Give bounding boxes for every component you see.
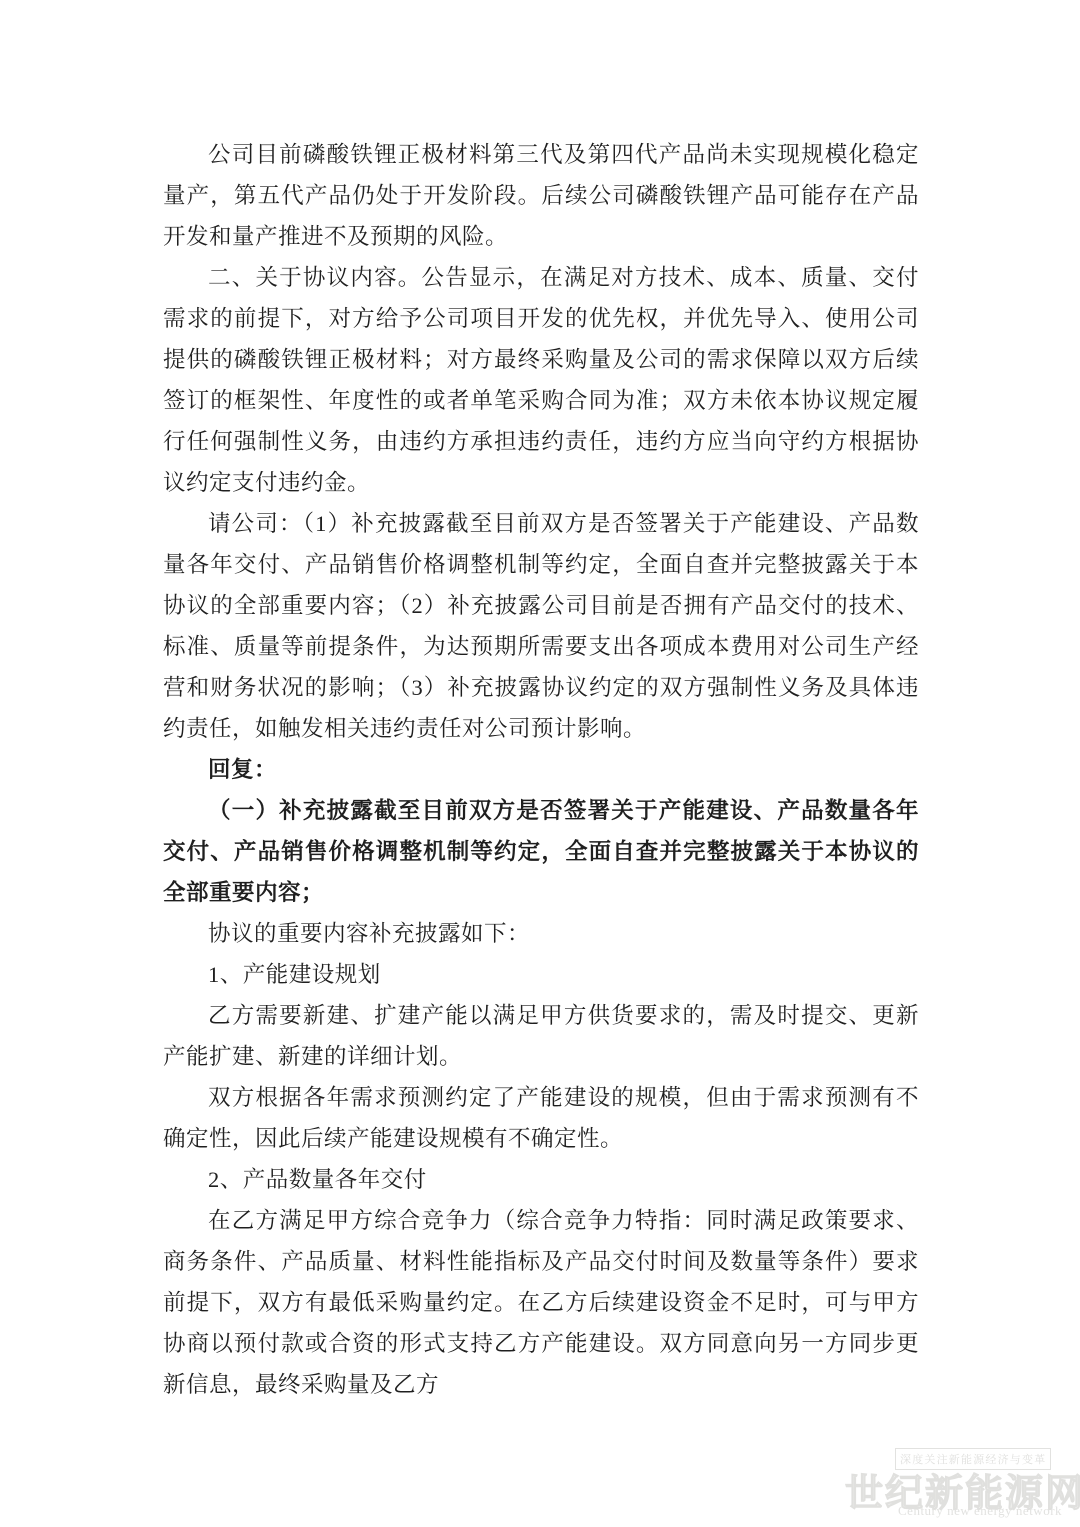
paragraph: 协议的重要内容补充披露如下： bbox=[163, 913, 919, 954]
paragraph: 请公司：（1）补充披露截至目前双方是否签署关于产能建设、产品数量各年交付、产品销… bbox=[163, 503, 919, 749]
paragraph: 双方根据各年需求预测约定了产能建设的规模，但由于需求预测有不确定性，因此后续产能… bbox=[163, 1077, 919, 1159]
watermark-slogan: 深度关注新能源经济与变革 bbox=[895, 1448, 1051, 1470]
reply-section-heading: （一）补充披露截至目前双方是否签署关于产能建设、产品数量各年交付、产品销售价格调… bbox=[163, 790, 919, 913]
paragraph: 在乙方满足甲方综合竞争力（综合竞争力特指：同时满足政策要求、商务条件、产品质量、… bbox=[163, 1200, 919, 1405]
paragraph: 乙方需要新建、扩建产能以满足甲方供货要求的，需及时提交、更新产能扩建、新建的详细… bbox=[163, 995, 919, 1077]
watermark-english-subtitle: Century new energy network bbox=[898, 1503, 1062, 1519]
document-body: 公司目前磷酸铁锂正极材料第三代及第四代产品尚未实现规模化稳定量产，第五代产品仍处… bbox=[163, 134, 919, 1405]
list-item-heading: 2、产品数量各年交付 bbox=[163, 1159, 919, 1200]
paragraph: 公司目前磷酸铁锂正极材料第三代及第四代产品尚未实现规模化稳定量产，第五代产品仍处… bbox=[163, 134, 919, 257]
paragraph: 二、关于协议内容。公告显示，在满足对方技术、成本、质量、交付需求的前提下，对方给… bbox=[163, 257, 919, 503]
document-page: 公司目前磷酸铁锂正极材料第三代及第四代产品尚未实现规模化稳定量产，第五代产品仍处… bbox=[0, 0, 1080, 1527]
reply-heading: 回复： bbox=[163, 749, 919, 790]
watermark-logo-text: 世纪新能源网 bbox=[845, 1462, 1080, 1517]
list-item-heading: 1、产能建设规划 bbox=[163, 954, 919, 995]
